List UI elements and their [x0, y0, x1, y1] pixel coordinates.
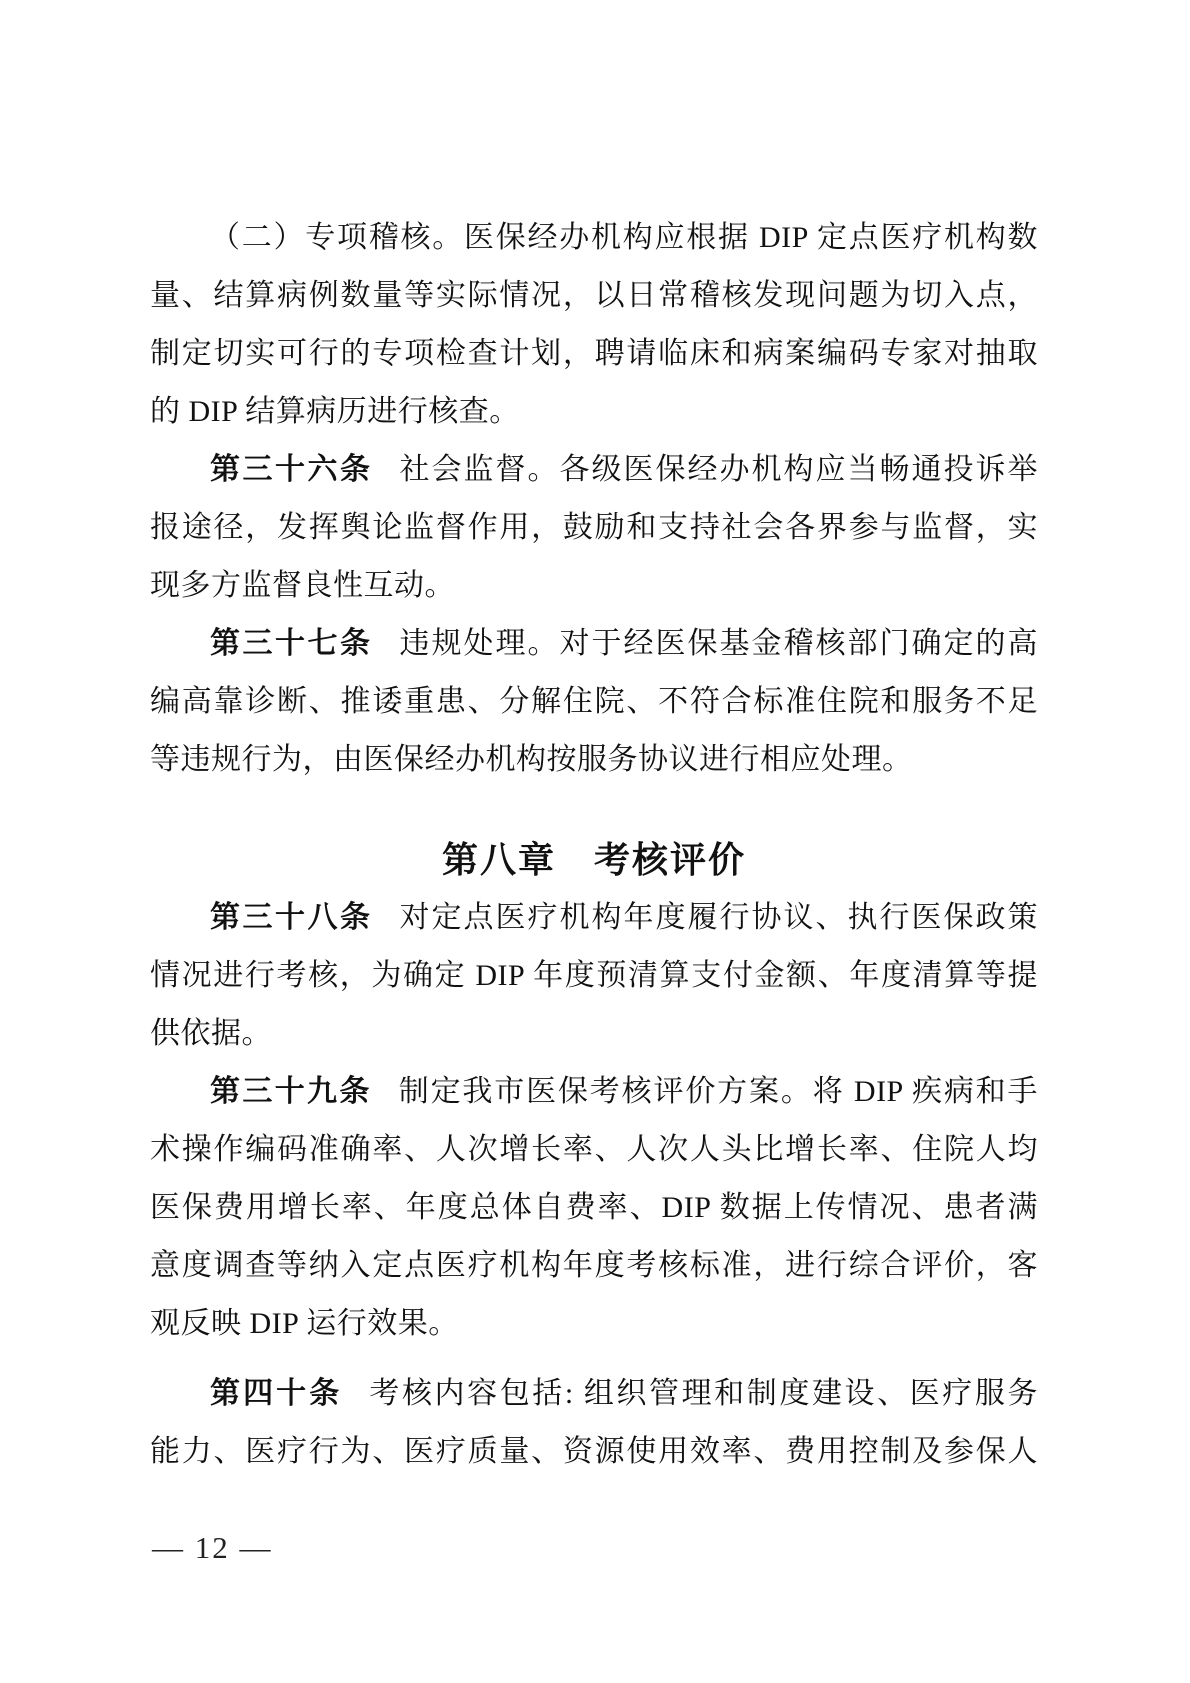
text-line: 量、结算病例数量等实际情况，以日常稽核发现问题为切入点，	[150, 267, 1038, 325]
page-number: — 12 —	[152, 1528, 273, 1568]
chapter-heading: 第八章 考核评价	[150, 831, 1038, 889]
text-line: （二）专项稽核。医保经办机构应根据 DIP 定点医疗机构数	[150, 209, 1038, 267]
body-text: （二）专项稽核。医保经办机构应根据 DIP 定点医疗机构数 量、结算病例数量等实…	[150, 209, 1038, 1481]
text-line: 情况进行考核，为确定 DIP 年度预清算支付金额、年度清算等提	[150, 947, 1038, 1005]
text-line: 术操作编码准确率、人次增长率、人次人头比增长率、住院人均	[150, 1121, 1038, 1179]
text-line: 供依据。	[150, 1005, 1038, 1063]
article-text: 社会监督。各级医保经办机构应当畅通投诉举	[400, 453, 1039, 486]
text-line: 第三十九条制定我市医保考核评价方案。将 DIP 疾病和手	[150, 1063, 1038, 1121]
article-number-label: 第三十七条	[210, 627, 373, 660]
document-page: （二）专项稽核。医保经办机构应根据 DIP 定点医疗机构数 量、结算病例数量等实…	[0, 0, 1190, 1683]
text-line: 第三十六条社会监督。各级医保经办机构应当畅通投诉举	[150, 441, 1038, 499]
article-text: 制定我市医保考核评价方案。将 DIP 疾病和手	[399, 1075, 1038, 1108]
paragraph-article-40: 第四十条考核内容包括: 组织管理和制度建设、医疗服务 能力、医疗行为、医疗质量、…	[150, 1365, 1038, 1481]
article-text: 违规处理。对于经医保基金稽核部门确定的高	[400, 627, 1039, 660]
article-number-label: 第三十六条	[210, 453, 373, 486]
text-line: 制定切实可行的专项检查计划，聘请临床和病案编码专家对抽取	[150, 325, 1038, 383]
text-line: 编高靠诊断、推诿重患、分解住院、不符合标准住院和服务不足	[150, 673, 1038, 731]
text-line: 第四十条考核内容包括: 组织管理和制度建设、医疗服务	[150, 1365, 1038, 1423]
text-line: 观反映 DIP 运行效果。	[150, 1295, 1038, 1353]
paragraph-article-36: 第三十六条社会监督。各级医保经办机构应当畅通投诉举 报途径，发挥舆论监督作用，鼓…	[150, 441, 1038, 615]
paragraph-article-37: 第三十七条违规处理。对于经医保基金稽核部门确定的高 编高靠诊断、推诿重患、分解住…	[150, 615, 1038, 789]
text-line: 第三十八条对定点医疗机构年度履行协议、执行医保政策	[150, 889, 1038, 947]
text-line: 能力、医疗行为、医疗质量、资源使用效率、费用控制及参保人	[150, 1423, 1038, 1481]
text-line: 报途径，发挥舆论监督作用，鼓励和支持社会各界参与监督，实	[150, 499, 1038, 557]
text-line: 等违规行为，由医保经办机构按服务协议进行相应处理。	[150, 731, 1038, 789]
article-number-label: 第四十条	[210, 1377, 342, 1410]
text-line: 医保费用增长率、年度总体自费率、DIP 数据上传情况、患者满	[150, 1179, 1038, 1237]
text-line: 现多方监督良性互动。	[150, 557, 1038, 615]
paragraph-article-39: 第三十九条制定我市医保考核评价方案。将 DIP 疾病和手 术操作编码准确率、人次…	[150, 1063, 1038, 1353]
text-line: 的 DIP 结算病历进行核查。	[150, 383, 1038, 441]
paragraph-item-2-special-audit: （二）专项稽核。医保经办机构应根据 DIP 定点医疗机构数 量、结算病例数量等实…	[150, 209, 1038, 441]
paragraph-article-38: 第三十八条对定点医疗机构年度履行协议、执行医保政策 情况进行考核，为确定 DIP…	[150, 889, 1038, 1063]
text-line: 第三十七条违规处理。对于经医保基金稽核部门确定的高	[150, 615, 1038, 673]
text-line: 意度调查等纳入定点医疗机构年度考核标准，进行综合评价，客	[150, 1237, 1038, 1295]
article-number-label: 第三十九条	[210, 1075, 372, 1108]
article-text: 考核内容包括: 组织管理和制度建设、医疗服务	[369, 1377, 1038, 1410]
article-text: 对定点医疗机构年度履行协议、执行医保政策	[400, 901, 1039, 934]
article-number-label: 第三十八条	[210, 901, 373, 934]
